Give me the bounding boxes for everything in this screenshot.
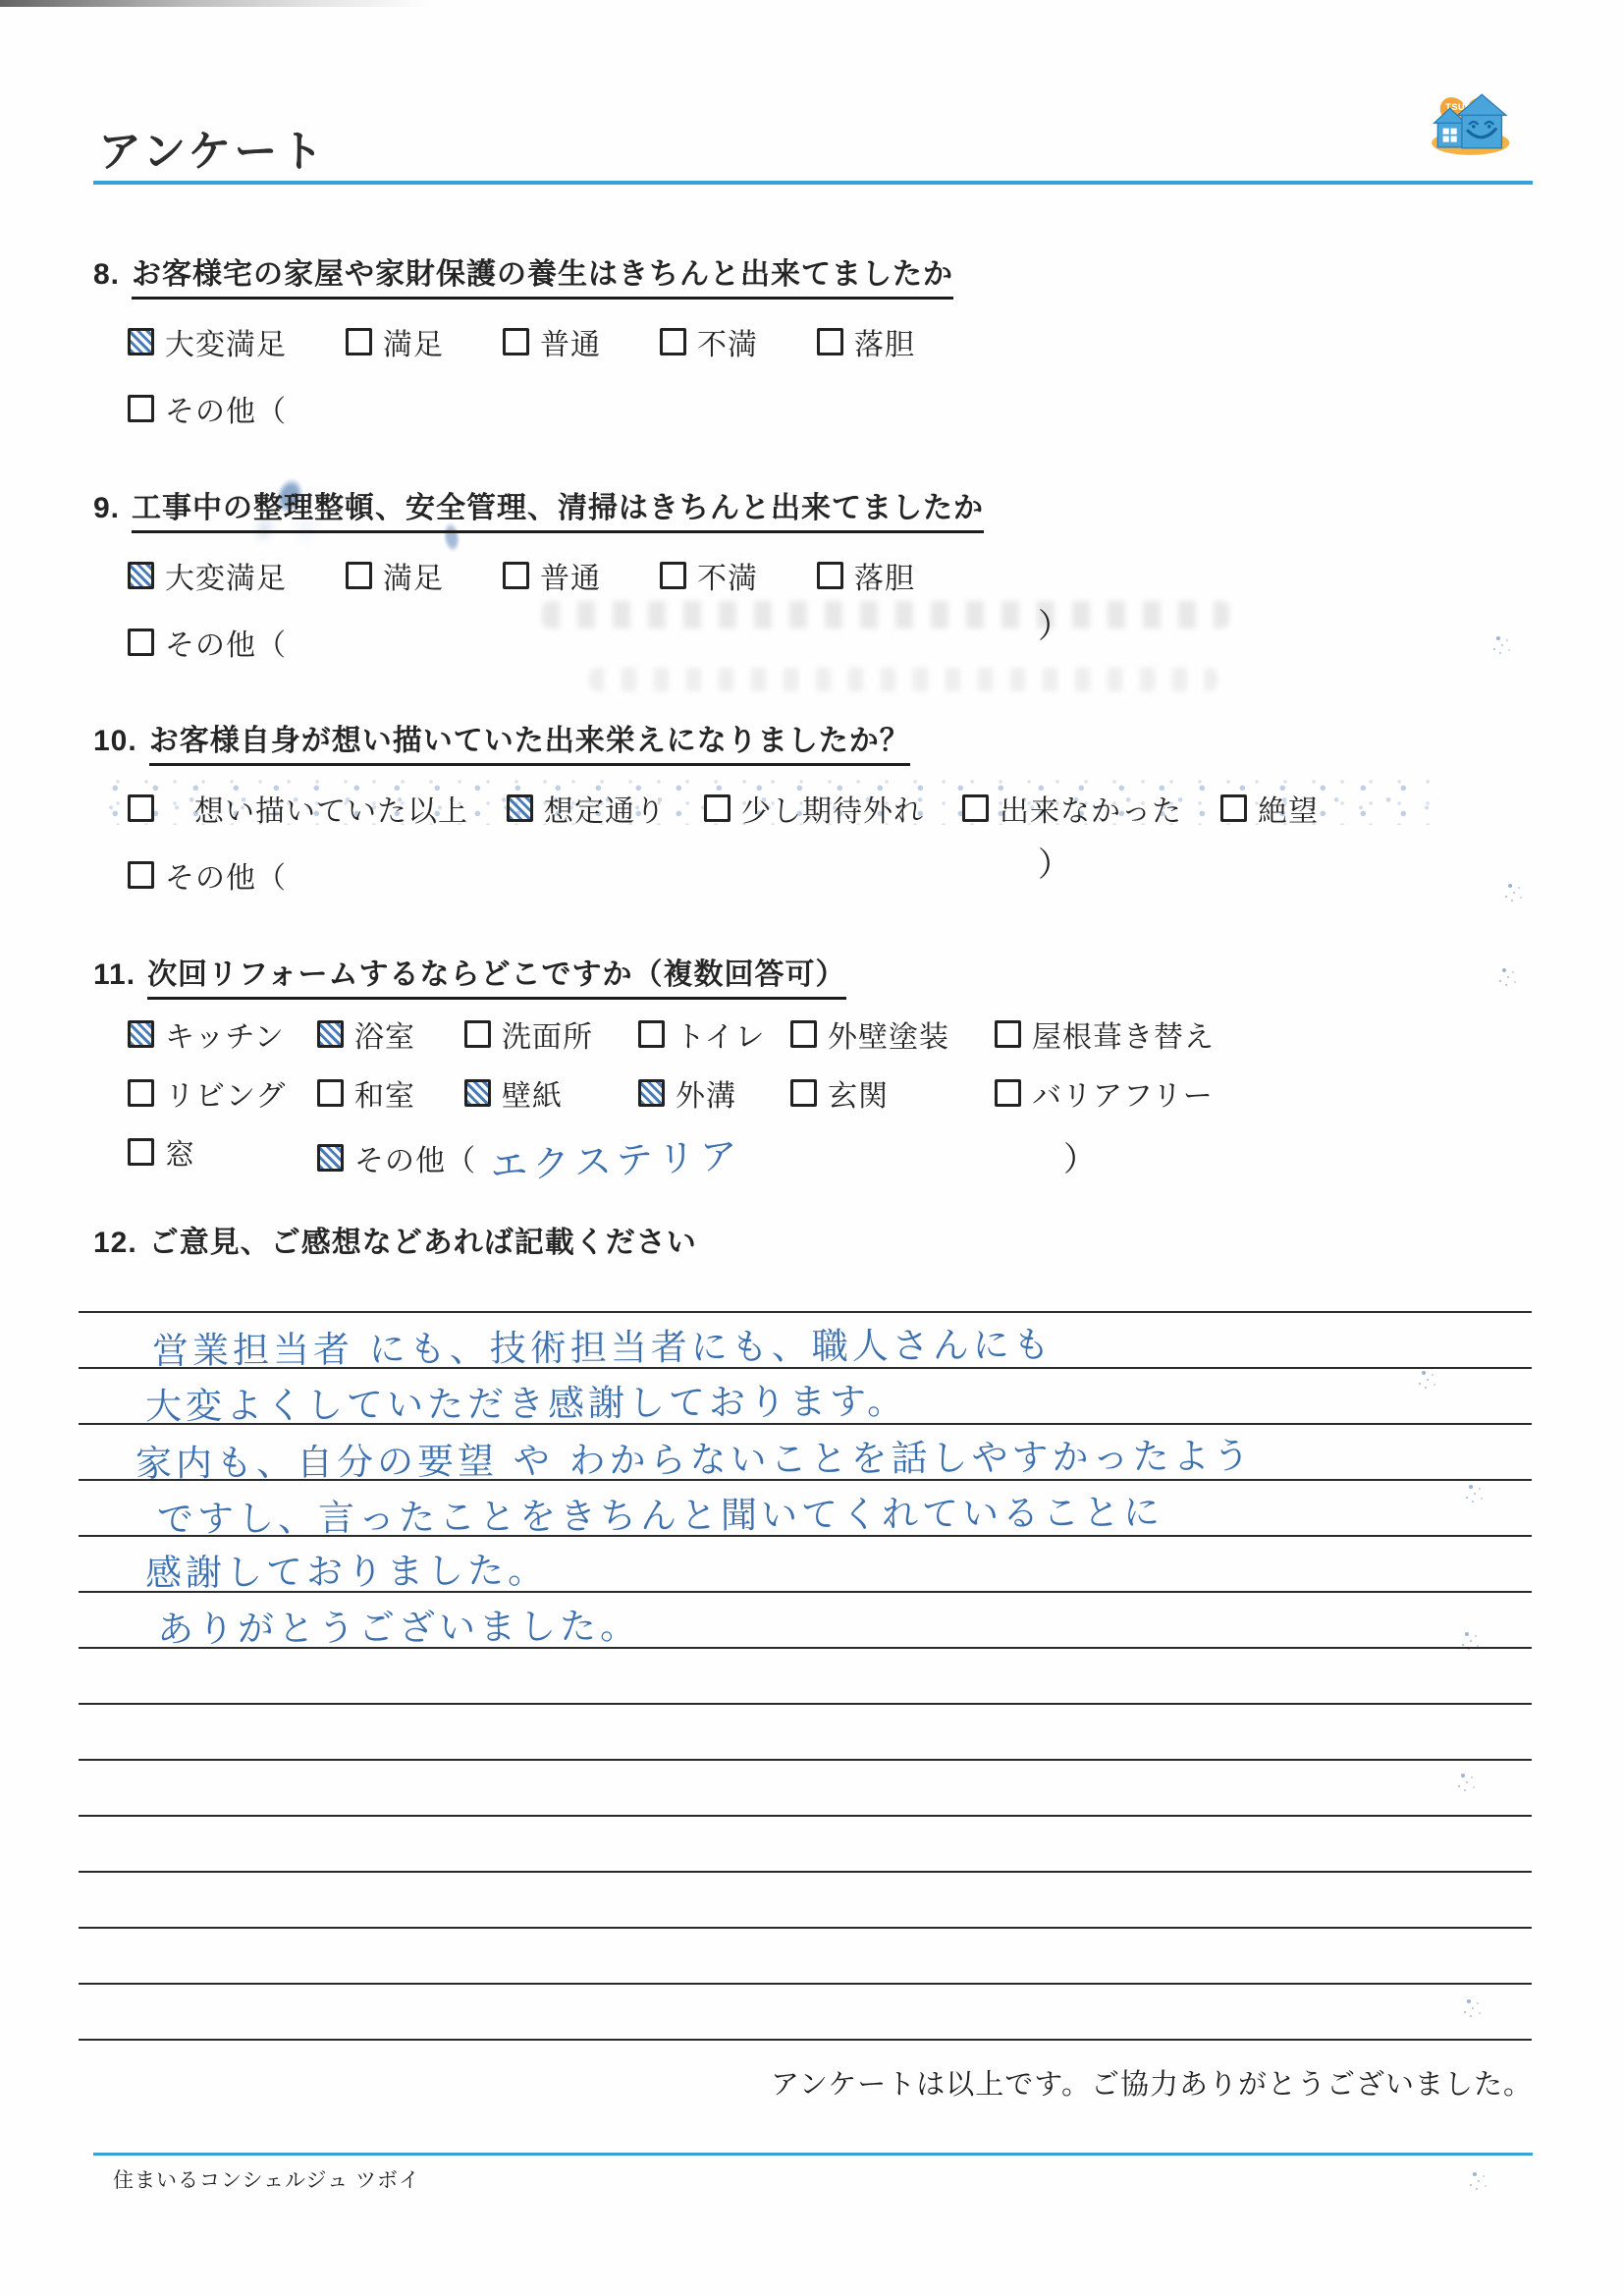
comment-rule-line: [79, 1871, 1532, 1873]
comment-rule-line: [79, 1815, 1532, 1817]
closing-note: アンケートは以上です。ご協力ありがとうございました。: [93, 2062, 1533, 2103]
option-satisfied: 満足: [346, 554, 444, 597]
option-dissatisfied: 不満: [660, 554, 758, 597]
closing-paren: ）: [1038, 599, 1071, 647]
option-label-slightly-disappointing: 少し期待外れ: [741, 787, 924, 830]
option-label-outer-drain: 外溝: [676, 1071, 736, 1115]
option-other: その他（: [128, 853, 287, 897]
option-label-satisfied: 満足: [383, 554, 444, 597]
handwritten-answer: エクステリア: [489, 1124, 743, 1189]
option-label-dissatisfied: 不満: [697, 320, 758, 363]
option-row: その他（: [93, 387, 1564, 430]
option-label-other: その他（: [354, 1136, 476, 1179]
option-other: その他（: [128, 387, 287, 430]
checkbox-outer-drain[interactable]: [638, 1079, 665, 1107]
option-label-very-satisfied: 大変満足: [165, 320, 287, 363]
question-9: 9.工事中の整理整頓、安全管理、清掃はきちんと出来てましたか大変満足満足普通不満…: [93, 483, 1564, 687]
checkbox-barrier-free[interactable]: [995, 1079, 1021, 1107]
checkbox-other[interactable]: [128, 861, 154, 889]
option-very-satisfied: 大変満足: [128, 320, 287, 363]
comments-heading: 12.ご意見、ご感想などあれば記載ください: [93, 1218, 697, 1261]
comments-area: 営業担当者 にも、技術担当者にも、職人さんにも大変よくしていただき感謝しておりま…: [79, 1311, 1532, 2057]
option-dissatisfied: 不満: [660, 320, 758, 363]
option-label-living-room: リビング: [165, 1071, 286, 1115]
closing-paren: ）: [1038, 838, 1071, 886]
option-beyond-imagined: 想い描いていた以上: [128, 787, 468, 830]
option-label-barrier-free: バリアフリー: [1032, 1071, 1214, 1115]
option-label-other: その他（: [165, 387, 287, 430]
checkbox-entryway[interactable]: [790, 1079, 817, 1107]
question-heading: 8.お客様宅の家屋や家財保護の養生はきちんと出来てましたか: [93, 249, 1564, 293]
option-label-disappointed: 落胆: [854, 320, 915, 363]
question-number: 8.: [93, 258, 120, 291]
checkbox-roof-rethatching[interactable]: [995, 1020, 1021, 1048]
checkbox-disappointed[interactable]: [817, 562, 843, 589]
checkbox-japanese-room[interactable]: [317, 1079, 344, 1107]
question-number: 9.: [93, 492, 120, 524]
checkbox-satisfied[interactable]: [346, 562, 372, 589]
checkbox-very-satisfied[interactable]: [128, 562, 154, 589]
option-label-exterior-wall-painting: 外壁塗装: [828, 1012, 949, 1056]
checkbox-slightly-disappointing[interactable]: [704, 794, 730, 822]
question-heading-text: 工事中の整理整頓、安全管理、清掃はきちんと出来てましたか: [132, 492, 984, 533]
option-barrier-free: バリアフリー: [995, 1071, 1214, 1115]
comments-heading-text: ご意見、ご感想などあれば記載ください: [149, 1227, 697, 1259]
option-label-could-not-achieve: 出来なかった: [1000, 787, 1182, 830]
checkbox-toilet[interactable]: [638, 1020, 665, 1048]
question-heading: 10.お客様自身が想い描いていた出来栄えになりましたか？: [93, 716, 1564, 759]
option-entryway: 玄関: [790, 1071, 889, 1115]
question-10: 10.お客様自身が想い描いていた出来栄えになりましたか？想い描いていた以上想定通…: [93, 716, 1564, 920]
checkbox-dissatisfied[interactable]: [660, 328, 686, 355]
checkbox-other[interactable]: [128, 629, 154, 656]
option-other: その他（: [128, 621, 287, 664]
question-number: 12.: [93, 1227, 137, 1259]
question-11: 11.次回リフォームするならどこですか（複数回答可）キッチン浴室洗面所トイレ外壁…: [93, 950, 1564, 1187]
option-label-washroom: 洗面所: [502, 1012, 593, 1056]
option-label-neutral: 普通: [540, 554, 601, 597]
option-japanese-room: 和室: [317, 1071, 415, 1115]
question-heading: 9.工事中の整理整頓、安全管理、清掃はきちんと出来てましたか: [93, 483, 1564, 526]
option-label-roof-rethatching: 屋根葺き替え: [1032, 1012, 1215, 1056]
option-neutral: 普通: [503, 320, 601, 363]
option-label-window: 窓: [165, 1130, 195, 1174]
checkbox-other[interactable]: [128, 395, 154, 422]
comment-rule-line: [79, 1983, 1532, 1985]
option-label-beyond-imagined: 想い描いていた以上: [194, 787, 468, 830]
tsuboi-logo: TSUBOI: [1426, 75, 1512, 161]
option-wallpaper: 壁紙: [464, 1071, 563, 1115]
checkbox-neutral[interactable]: [503, 328, 529, 355]
question-heading-text: お客様宅の家屋や家財保護の養生はきちんと出来てましたか: [132, 258, 953, 300]
option-row: リビング和室壁紙外溝玄関バリアフリー: [93, 1069, 1564, 1115]
checkbox-bathroom[interactable]: [317, 1020, 344, 1048]
option-label-as-expected: 想定通り: [544, 787, 666, 830]
checkbox-exterior-wall-painting[interactable]: [790, 1020, 817, 1048]
survey-page: アンケート TSUBOI 8.お客様宅の家屋や家財保護の養生はきちんと出来てまし…: [0, 0, 1623, 2296]
option-washroom: 洗面所: [464, 1012, 593, 1056]
option-despair: 絶望: [1220, 787, 1319, 830]
checkbox-despair[interactable]: [1220, 794, 1247, 822]
handwritten-comment-line: 営業担当者 にも、技術担当者にも、職人さんにも: [152, 1315, 1054, 1374]
question-heading: 11.次回リフォームするならどこですか（複数回答可）: [93, 950, 1564, 993]
checkbox-neutral[interactable]: [503, 562, 529, 589]
closing-paren: ）: [1063, 1132, 1097, 1180]
small-house-icon: [1437, 123, 1462, 147]
option-label-neutral: 普通: [540, 320, 601, 363]
checkbox-window[interactable]: [128, 1138, 154, 1166]
option-disappointed: 落胆: [817, 554, 915, 597]
option-row: 窓その他（エクステリア）: [93, 1128, 1564, 1174]
handwritten-comment-line: 家内も、自分の要望 や わからないことを話しやすかったよう: [135, 1426, 1254, 1487]
option-label-very-satisfied: 大変満足: [165, 554, 287, 597]
checkbox-washroom[interactable]: [464, 1020, 491, 1048]
option-row: 想い描いていた以上想定通り少し期待外れ出来なかった絶望: [93, 787, 1564, 830]
option-neutral: 普通: [503, 554, 601, 597]
checkbox-kitchen[interactable]: [128, 1020, 154, 1048]
option-row: 大変満足満足普通不満落胆: [93, 320, 1564, 363]
option-outer-drain: 外溝: [638, 1071, 736, 1115]
option-roof-rethatching: 屋根葺き替え: [995, 1012, 1215, 1056]
checkbox-dissatisfied[interactable]: [660, 562, 686, 589]
comment-rule-line: [79, 2039, 1532, 2041]
footer-divider: [93, 2153, 1533, 2156]
option-label-dissatisfied: 不満: [697, 554, 758, 597]
checkbox-very-satisfied[interactable]: [128, 328, 154, 355]
option-label-japanese-room: 和室: [354, 1071, 415, 1115]
option-bathroom: 浴室: [317, 1012, 415, 1056]
option-label-kitchen: キッチン: [165, 1012, 285, 1056]
question-number: 10.: [93, 725, 137, 757]
option-other: その他（エクステリア: [317, 1130, 742, 1184]
option-label-disappointed: 落胆: [854, 554, 915, 597]
option-could-not-achieve: 出来なかった: [962, 787, 1182, 830]
option-row: その他（）: [93, 621, 1564, 664]
option-label-toilet: トイレ: [676, 1012, 766, 1056]
handwritten-comment-line: 大変よくしていただき感謝しております。: [145, 1371, 907, 1429]
handwritten-comment-line: 感謝しておりました。: [145, 1541, 548, 1597]
handwritten-comment-line: ですし、言ったことをきちんと聞いてくれていることに: [157, 1482, 1163, 1542]
checkbox-beyond-imagined[interactable]: [128, 794, 154, 822]
checkbox-as-expected[interactable]: [507, 794, 533, 822]
option-label-entryway: 玄関: [828, 1071, 889, 1115]
question-8: 8.お客様宅の家屋や家財保護の養生はきちんと出来てましたか大変満足満足普通不満落…: [93, 249, 1564, 454]
question-heading-text: 次回リフォームするならどこですか（複数回答可）: [147, 958, 846, 1000]
comment-rule-line: [79, 1927, 1532, 1929]
option-row: その他（）: [93, 853, 1564, 897]
option-disappointed: 落胆: [817, 320, 915, 363]
comment-rule-line: [79, 1759, 1532, 1761]
option-label-other: その他（: [165, 853, 287, 897]
checkbox-disappointed[interactable]: [817, 328, 843, 355]
checkbox-could-not-achieve[interactable]: [962, 794, 989, 822]
option-toilet: トイレ: [638, 1012, 766, 1056]
option-window: 窓: [128, 1130, 195, 1174]
scan-smudge-artifact: [0, 0, 432, 7]
option-satisfied: 満足: [346, 320, 444, 363]
handwritten-comment-line: ありがとうございました。: [157, 1596, 640, 1652]
title-divider: [93, 181, 1533, 185]
option-label-other: その他（: [165, 621, 287, 664]
checkbox-wallpaper[interactable]: [464, 1079, 491, 1107]
option-slightly-disappointing: 少し期待外れ: [704, 787, 924, 830]
checkbox-living-room[interactable]: [128, 1079, 154, 1107]
comment-rule-line: [79, 1311, 1532, 1313]
option-label-despair: 絶望: [1258, 787, 1319, 830]
page-title: アンケート: [98, 116, 326, 179]
comment-rule-line: [79, 1703, 1532, 1705]
option-as-expected: 想定通り: [507, 787, 666, 830]
option-kitchen: キッチン: [128, 1012, 285, 1056]
question-number: 11.: [93, 958, 135, 991]
option-exterior-wall-painting: 外壁塗装: [790, 1012, 949, 1056]
company-name: 住まいるコンシェルジュ ツボイ: [113, 2164, 420, 2194]
option-row: 大変満足満足普通不満落胆: [93, 554, 1564, 597]
option-very-satisfied: 大変満足: [128, 554, 287, 597]
checkbox-other[interactable]: [317, 1144, 344, 1172]
option-row: キッチン浴室洗面所トイレ外壁塗装屋根葺き替え: [93, 1011, 1564, 1056]
option-living-room: リビング: [128, 1071, 286, 1115]
option-label-wallpaper: 壁紙: [502, 1071, 563, 1115]
question-heading-text: お客様自身が想い描いていた出来栄えになりましたか？: [149, 725, 910, 766]
checkbox-satisfied[interactable]: [346, 328, 372, 355]
option-label-bathroom: 浴室: [354, 1012, 415, 1056]
ink-speckle: [1473, 2172, 1477, 2176]
option-label-satisfied: 満足: [383, 320, 444, 363]
